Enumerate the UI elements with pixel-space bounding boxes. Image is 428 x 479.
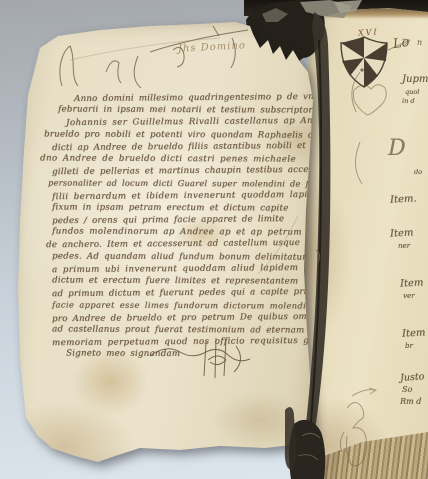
invocation-heading: Jhs Domino	[178, 40, 246, 55]
marginal-item-2-sub: ner	[398, 242, 410, 250]
marginal-item-4: Item	[402, 327, 426, 339]
marginal-item-1: Item.	[390, 193, 417, 205]
marginal-item-4-sub: br	[405, 342, 413, 350]
corner-note-small: n	[417, 38, 422, 47]
margin-mark-1: ...	[18, 146, 24, 153]
marginal-note-bottom-1: Justo	[400, 371, 425, 384]
margin-mark-2: . .	[12, 226, 18, 233]
left-page: Jhs Domino	[10, 20, 320, 470]
marginal-note-top-1: Jupm	[402, 74, 428, 85]
marginal-note-bottom-2: So	[402, 385, 412, 394]
manuscript-line: Johannis ser Guillelmus Rivalli castella…	[66, 115, 310, 129]
marginal-note-bottom-3: Rm d	[400, 397, 421, 406]
corner-note: Lo	[392, 35, 410, 52]
marginal-note-top-3: in d	[402, 97, 415, 105]
heraldic-shield-icon	[338, 34, 390, 90]
marginal-initial: D	[388, 136, 406, 161]
marginal-item-3-sub: ver	[403, 292, 414, 300]
manuscript-line: personaliter ad locum dicti Guarel super…	[48, 177, 310, 190]
manuscript-line: Signeto meo signandam	[66, 348, 310, 361]
manuscript-text-block: Anno domini millesimo quadringentesimo p…	[52, 92, 310, 360]
left-page-wrap: Jhs Domino	[10, 20, 320, 470]
marginal-item-2: Item	[390, 227, 414, 239]
marginal-initial-sub: do	[414, 168, 422, 176]
manuscript-photo: XVI Lo n Jupm quol in d D do Item. Item	[0, 0, 428, 479]
marginal-item-3: Item	[400, 277, 424, 289]
marginal-note-top-2: quol	[405, 88, 419, 96]
